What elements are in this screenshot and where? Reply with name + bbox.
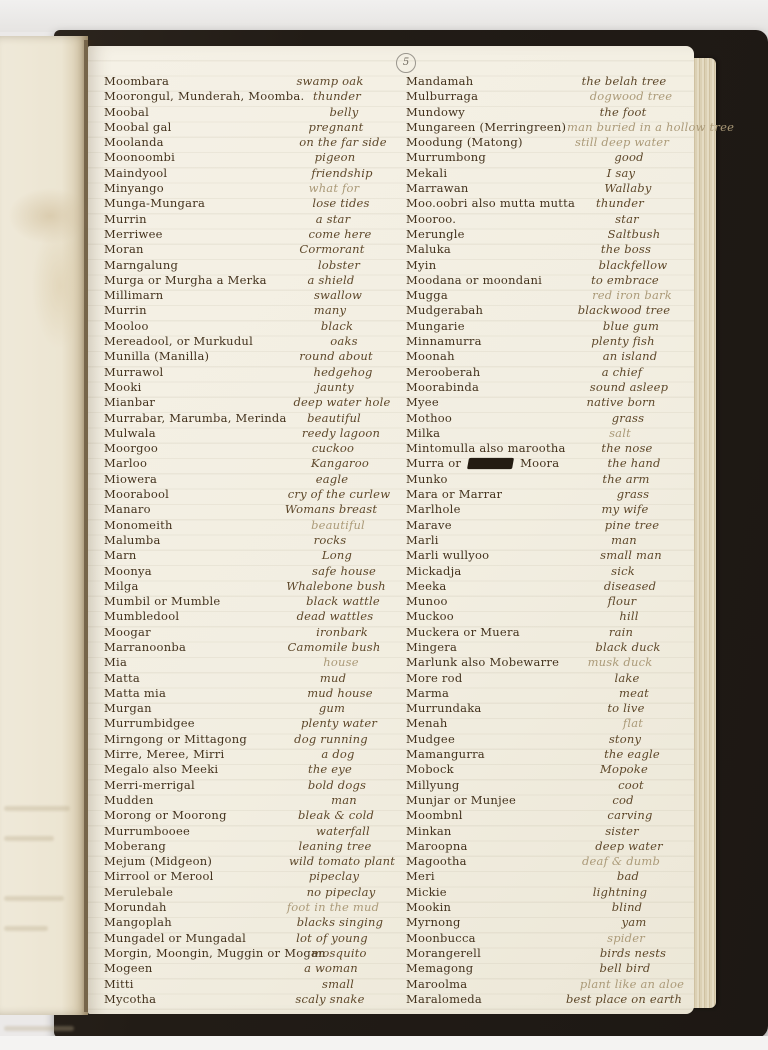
entry-word: Mulwala [104,426,280,441]
entry-word: Mycotha [104,992,280,1007]
entry-meaning: plant like an aloe [569,977,695,992]
vocab-row: Moolooblack [104,319,394,334]
entry-meaning: my wife [562,502,688,517]
entry-word: Marave [406,518,564,533]
entry-word: Magootha [406,854,564,869]
entry-word: Myee [406,395,564,410]
entry-meaning: blind [564,900,690,915]
entry-meaning: cuckoo [276,441,390,456]
vocab-row: Marlunk also Mobewarremusk duck [406,655,690,670]
entry-meaning: stony [562,732,688,747]
entry-meaning: spider [563,931,689,946]
vocab-row: Mudgeestony [406,732,690,747]
vocab-row: Mioweraeagle [104,472,394,487]
entry-word: Moorongul, Munderah, Moomba. [104,89,280,104]
vocab-row: Moonyasafe house [104,564,394,579]
entry-word: Mumbledool [104,609,280,624]
vocab-row: Mangoplahblacks singing [104,915,394,930]
entry-word: Mothoo [406,411,564,426]
vocab-row: Megalo also Meekithe eye [104,762,394,777]
entry-word: Moodana or moondani [406,273,564,288]
entry-meaning: reedy lagoon [284,426,398,441]
entry-word: Maindyool [104,166,280,181]
vocab-row: Meekadiseased [406,579,690,594]
entry-word: Mekali [406,166,564,181]
entry-meaning: grass [565,411,691,426]
vocab-row: Murra or Moora Moorathe hand [406,456,690,471]
entry-word: More rod [406,671,564,686]
vocab-row: Murrabar, Marumba, Merindabeautiful [104,411,394,426]
vocab-row: Moonbuccaspider [406,931,690,946]
entry-word: Mintomulla also marootha [406,441,564,456]
entry-meaning: still deep water [559,135,685,150]
manuscript-page: 5 Moombaraswamp oakMoorongul, Munderah, … [88,46,694,1014]
entry-word: Murrumbong [406,150,564,165]
entry-meaning: no pipeclay [284,885,398,900]
vocab-row: Merri-merrigalbold dogs [104,778,394,793]
entry-word: Mulburraga [406,89,564,104]
entry-meaning: good [566,150,692,165]
photo-backdrop-bottom [0,1036,768,1050]
entry-word: Maroolma [406,977,564,992]
entry-word: Meri [406,869,564,884]
entry-word: Moorabinda [406,380,564,395]
entry-word: Marranoonba [104,640,280,655]
entry-word: Moobal gal [104,120,280,135]
entry-meaning: the belah tree [561,74,687,89]
entry-meaning: dog running [274,732,388,747]
entry-meaning: a woman [274,961,388,976]
entry-meaning: small [281,977,395,992]
vocab-row: Moorabindasound asleep [406,380,690,395]
vocab-row: Mintomulla also maroothathe nose [406,441,690,456]
vocab-row: ManaroWomans breast [104,502,394,517]
entry-word: Murrabar, Marumba, Merinda [104,411,280,426]
entry-word: Merulebale [104,885,280,900]
vocab-row: Maroolmaplant like an aloe [406,977,690,992]
entry-meaning: on the far side [286,135,400,150]
entry-word: Murrawol [104,365,280,380]
vocab-row: Malumbarocks [104,533,394,548]
entry-word: Morangerell [406,946,564,961]
vocab-row: Murgangum [104,701,394,716]
entry-meaning: dogwood tree [568,89,694,104]
entry-meaning: pine tree [569,518,695,533]
vocab-row: Marlholemy wife [406,502,690,517]
vocab-row: MarnLong [104,548,394,563]
entry-word: Maroopna [406,839,564,854]
entry-meaning: hedgehog [286,365,400,380]
entry-word: Marloo [104,456,280,471]
entry-meaning: leaning tree [278,839,392,854]
vocab-row: Marmameat [406,686,690,701]
entry-meaning: black wattle [286,594,400,609]
entry-word: Munjar or Munjee [406,793,564,808]
photo-of-manuscript-page: 5 Moombaraswamp oakMoorongul, Munderah, … [0,0,768,1050]
vocab-row: Mogeena woman [104,961,394,976]
vocab-row: Murrina star [104,212,394,227]
entry-meaning: Mopoke [561,762,687,777]
entry-word: Millyung [406,778,564,793]
vocab-row: Mungadel or Mungadallot of young [104,931,394,946]
entry-word: Marngalung [104,258,280,273]
entry-meaning: man [287,793,401,808]
vocab-row: Mattamud [104,671,394,686]
vocab-row: Myrnongyam [406,915,690,930]
entry-word: Manaro [104,502,280,517]
vocab-row: Matta miamud house [104,686,394,701]
entry-word: Mungadel or Mungadal [104,931,280,946]
entry-word: Mudden [104,793,280,808]
entry-word: Moorgoo [104,441,280,456]
vocab-row: Morong or Moorongbleak & cold [104,808,394,823]
entry-word: Muckera or Muera [406,625,564,640]
entry-word: Moo.oobri also mutta mutta [406,196,564,211]
entry-meaning: thunder [557,196,683,211]
entry-meaning: mosquito [282,946,396,961]
entry-word: Mara or Marrar [406,487,564,502]
entry-meaning: jaunty [278,380,392,395]
vocab-row: Millyungcoot [406,778,690,793]
entry-word: Merriwee [104,227,280,242]
vocab-row: Maindyoolfriendship [104,166,394,181]
vocab-row: Mudgerabahblackwood tree [406,303,690,318]
vocab-row: MerungleSaltbush [406,227,690,242]
entry-word: Matta [104,671,280,686]
entry-word: Mumbil or Mumble [104,594,280,609]
page-number: 5 [396,53,416,73]
entry-word: Moonoombi [104,150,280,165]
entry-word: Marlunk also Mobewarre [406,655,564,670]
entry-word: Mookin [406,900,564,915]
vocab-row: Maralomedabest place on earth [406,992,690,1007]
entry-word: Merri-merrigal [104,778,280,793]
vocab-row: Moonoombipigeon [104,150,394,165]
entry-meaning: sister [559,824,685,839]
vocab-column-left: Moombaraswamp oakMoorongul, Munderah, Mo… [104,74,394,1007]
vocab-row: Menahflat [406,716,690,731]
vocab-row: MarrawanWallaby [406,181,690,196]
entry-meaning: an island [567,349,693,364]
entry-word: Moobal [104,105,280,120]
entry-meaning: thunder [280,89,394,104]
entry-meaning: what for [277,181,391,196]
entry-meaning: plenty fish [560,334,686,349]
entry-meaning: the eye [273,762,387,777]
entry-meaning: pipeclay [277,869,391,884]
entry-meaning: mud house [283,686,397,701]
photo-backdrop-top [0,0,768,32]
entry-word: Mirngong or Mittagong [104,732,280,747]
showthrough-line [4,836,54,841]
entry-meaning: pregnant [279,120,393,135]
vocab-row: Muggared iron bark [406,288,690,303]
entry-word: Milka [406,426,564,441]
vocab-row: Milkasalt [406,426,690,441]
entry-word: Marli [406,533,564,548]
entry-meaning: bleak & cold [279,808,393,823]
vocab-row: Mycothascaly snake [104,992,394,1007]
entry-word: Mungareen (Merringreen) [406,120,564,135]
entry-meaning: beautiful [277,411,391,426]
vocab-row: Munjar or Munjeecod [406,793,690,808]
entry-word: Munilla (Manilla) [104,349,280,364]
entry-word: Mirre, Meree, Mirri [104,747,280,762]
entry-meaning: to embrace [562,273,688,288]
entry-meaning: swamp oak [273,74,387,89]
entry-word: Moran [104,242,280,257]
vocab-row: Myeenative born [406,395,690,410]
entry-word: Miowera [104,472,280,487]
vocab-row: Muckera or Muerarain [406,625,690,640]
entry-meaning: deaf & dumb [558,854,684,869]
entry-meaning: foot in the mud [276,900,390,915]
entry-meaning: wild tomato plant [285,854,399,869]
vocab-row: Mookinblind [406,900,690,915]
entry-word: Murrin [104,303,280,318]
entry-word: Mugga [406,288,564,303]
vocab-row: MarranoonbaCamomile bush [104,640,394,655]
entry-meaning: bold dogs [280,778,394,793]
vocab-row: Mulburragadogwood tree [406,89,690,104]
vocab-row: Malukathe boss [406,242,690,257]
entry-word: Marn [104,548,280,563]
vocab-row: Moo.oobri also mutta muttathunder [406,196,690,211]
entry-meaning: house [284,655,398,670]
entry-meaning: star [564,212,690,227]
vocab-row: Murrumbonggood [406,150,690,165]
entry-word: Muckoo [406,609,564,624]
facing-page-edge [0,36,88,1015]
entry-meaning: many [273,303,387,318]
vocab-row: Mickielightning [406,885,690,900]
entry-word: Morundah [104,900,280,915]
vocab-row: Meribad [406,869,690,884]
vocab-row: Marngalunglobster [104,258,394,273]
entry-meaning: plenty water [282,716,396,731]
entry-word: Munko [406,472,564,487]
entry-meaning: round about [279,349,393,364]
vocab-row: Murrundakato live [406,701,690,716]
vocab-row: Maravepine tree [406,518,690,533]
entry-meaning: blue gum [568,319,694,334]
entry-meaning: carving [567,808,693,823]
showthrough-line [4,926,48,931]
vocab-row: Mumbledooldead wattles [104,609,394,624]
entry-meaning: sick [560,564,686,579]
entry-word: Munga-Mungara [104,196,280,211]
vocab-row: Muddenman [104,793,394,808]
entry-word: Minkan [406,824,564,839]
entry-meaning: a shield [274,273,388,288]
entry-meaning: Whalebone bush [279,579,393,594]
entry-word: Moonya [104,564,280,579]
showthrough-line [4,1026,74,1031]
vocab-column-right: Mandamahthe belah treeMulburragadogwood … [406,74,690,1007]
entry-meaning: friendship [285,166,399,181]
vocab-row: MarlooKangaroo [104,456,394,471]
vocab-row: Mookijaunty [104,380,394,395]
entry-word: Moorabool [104,487,280,502]
vocab-row: Marli wullyoosmall man [406,548,690,563]
entry-meaning: the arm [563,472,689,487]
entry-word: Merungle [406,227,564,242]
entry-meaning: grass [570,487,696,502]
vocab-row: MilgaWhalebone bush [104,579,394,594]
entry-meaning: beautiful [281,518,395,533]
entry-word: Mirrool or Merool [104,869,280,884]
vocab-row: Munooflour [406,594,690,609]
vocab-row: Mungareen (Merringreen)man buried in a h… [406,120,690,135]
entry-word: Memagong [406,961,564,976]
entry-word: Mamangurra [406,747,564,762]
vocab-row: Murrawolhedgehog [104,365,394,380]
entry-word: Mundowy [406,105,564,120]
vocab-row: Moodana or moondanito embrace [406,273,690,288]
vocab-row: Moobalbelly [104,105,394,120]
vocab-row: Mooroo.star [406,212,690,227]
entry-word: Milga [104,579,280,594]
vocab-row: Moodung (Matong)still deep water [406,135,690,150]
entry-word: Murgan [104,701,280,716]
entry-meaning: the boss [563,242,689,257]
entry-meaning: a chief [559,365,685,380]
vocab-row: Mickadjasick [406,564,690,579]
vocab-row: Merriweecome here [104,227,394,242]
entry-meaning: blackwood tree [561,303,687,318]
entry-meaning: cod [560,793,686,808]
entry-word: Mooloo [104,319,280,334]
entry-word: Marli wullyoo [406,548,564,563]
entry-meaning: mud [276,671,390,686]
page-edges [692,58,716,1008]
entry-word: Murga or Murgha a Merka [104,273,280,288]
vocab-row: Mittismall [104,977,394,992]
entry-meaning: deep water hole [285,395,399,410]
vocab-row: Monomeithbeautiful [104,518,394,533]
vocab-row: Moombaraswamp oak [104,74,394,89]
entry-meaning: bad [565,869,691,884]
vocab-row: Mara or Marrargrass [406,487,690,502]
entry-word: Moonbucca [406,931,564,946]
entry-meaning: dead wattles [278,609,392,624]
entry-word: Moodung (Matong) [406,135,564,150]
entry-meaning: birds nests [570,946,696,961]
entry-meaning: lake [564,671,690,686]
entry-meaning: Cormorant [275,242,389,257]
entry-word: Mejum (Midgeon) [104,854,280,869]
vocab-row: More rodlake [406,671,690,686]
entry-meaning: blacks singing [283,915,397,930]
entry-meaning: coot [568,778,694,793]
vocab-row: Millimarnswallow [104,288,394,303]
entry-word: Murrundaka [406,701,564,716]
showthrough-line [4,806,70,811]
entry-word: Marlhole [406,502,564,517]
entry-meaning: gum [275,701,389,716]
vocab-row: Moorongul, Munderah, Moomba.thunder [104,89,394,104]
entry-meaning: native born [558,395,684,410]
vocab-row: Munkothe arm [406,472,690,487]
vocab-row: Munga-Mungaralose tides [104,196,394,211]
entry-word: Maralomeda [406,992,564,1007]
entry-word: Merooberah [406,365,564,380]
showthrough-line [4,896,64,901]
entry-word: Mereadool, or Murkudul [104,334,280,349]
vocab-row: Mirre, Meree, Mirria dog [104,747,394,762]
entry-meaning: lot of young [275,931,389,946]
entry-meaning: meat [571,686,697,701]
vocab-row: MekaliI say [406,166,690,181]
entry-meaning: lose tides [284,196,398,211]
entry-word: Morong or Moorong [104,808,280,823]
vocab-row: Moonahan island [406,349,690,364]
entry-meaning: rocks [273,533,387,548]
vocab-row: Moombnlcarving [406,808,690,823]
vocab-row: Mooraboolcry of the curlew [104,487,394,502]
entry-word: Moonah [406,349,564,364]
vocab-row: Moberangleaning tree [104,839,394,854]
entry-word: Moombara [104,74,280,89]
vocab-row: Magoothadeaf & dumb [406,854,690,869]
entry-meaning: salt [557,426,683,441]
vocab-row: Miahouse [104,655,394,670]
vocab-row: Morundahfoot in the mud [104,900,394,915]
entry-meaning: a dog [281,747,395,762]
entry-meaning: Kangaroo [283,456,397,471]
entry-word: Menah [406,716,564,731]
entry-word: Mudgee [406,732,564,747]
entry-word: Mogeen [104,961,280,976]
entry-word: Mooki [104,380,280,395]
entry-meaning: red iron bark [569,288,695,303]
entry-meaning: Wallaby [565,181,691,196]
vocab-row: Merulebaleno pipeclay [104,885,394,900]
entry-meaning: musk duck [557,655,683,670]
entry-meaning: to live [563,701,689,716]
vocab-row: Mejum (Midgeon)wild tomato plant [104,854,394,869]
vocab-row: Mothoograss [406,411,690,426]
vocab-row: Moogarironbark [104,625,394,640]
entry-meaning: black duck [565,640,691,655]
vocab-row: Moorgoocuckoo [104,441,394,456]
entry-meaning: eagle [275,472,389,487]
vocab-row: Minyangowhat for [104,181,394,196]
entry-meaning: black [280,319,394,334]
entry-word: Marma [406,686,564,701]
entry-meaning: man [561,533,687,548]
entry-word: Mia [104,655,280,670]
vocab-row: Myinblackfellow [406,258,690,273]
entry-word: Mungarie [406,319,564,334]
vocab-row: Moolandaon the far side [104,135,394,150]
entry-word: Morgin, Moongin, Muggin or Mogan [104,946,280,961]
entry-word: Mandamah [406,74,564,89]
entry-meaning: I say [558,166,684,181]
entry-word: Mooroo. [406,212,564,227]
vocab-row: Moobal galpregnant [104,120,394,135]
vocab-row: Murga or Murgha a Merkaa shield [104,273,394,288]
vocab-row: Muckoohill [406,609,690,624]
vocab-row: Murrumbooeewaterfall [104,824,394,839]
entry-meaning: Saltbush [571,227,697,242]
vocab-row: Mandamahthe belah tree [406,74,690,89]
entry-word: Moberang [104,839,280,854]
entry-meaning: the eagle [569,747,695,762]
entry-meaning: lightning [557,885,683,900]
entry-word: Moombnl [406,808,564,823]
entry-word: Mickadja [406,564,564,579]
